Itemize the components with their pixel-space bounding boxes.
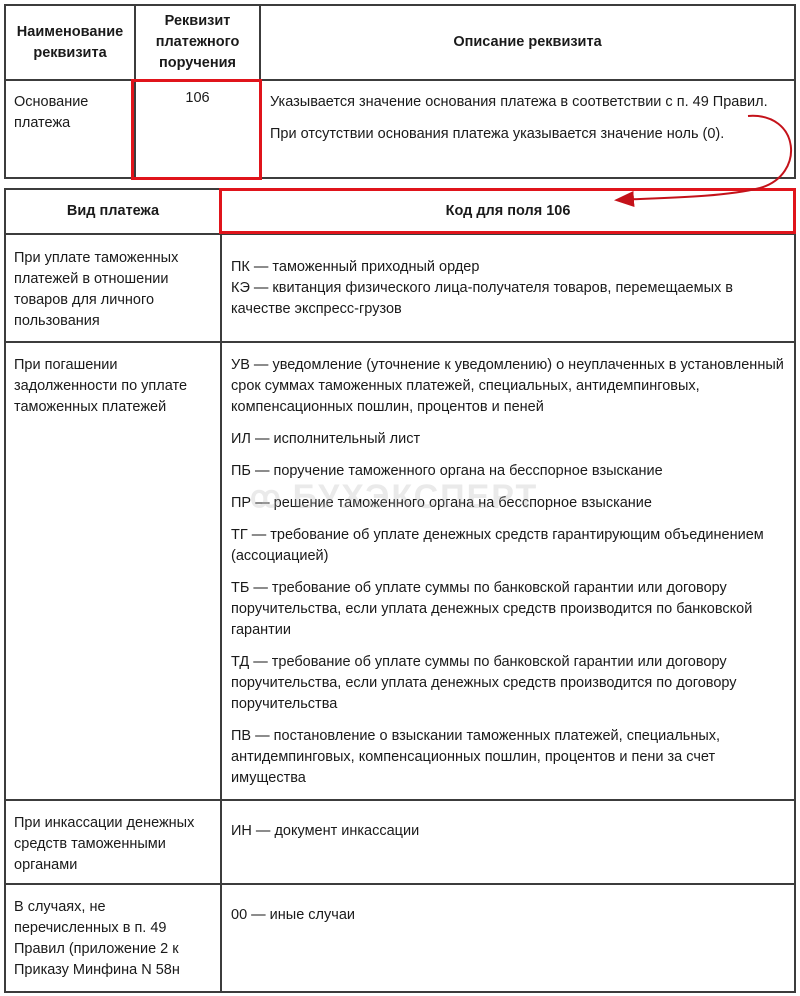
requisite-name: Основание платежа <box>14 92 124 134</box>
header-requisite-description: Описание реквизита <box>261 6 794 79</box>
header-code-106: Код для поля 106 <box>222 190 794 233</box>
codes-collection: ИН — документ инкассации <box>231 821 786 842</box>
code-item: ТД — требование об уплате суммы по банко… <box>231 652 786 715</box>
codes-table: Вид платежа Код для поля 106 При уплате … <box>4 188 796 993</box>
code-item: ПВ — постановление о взыскании таможенны… <box>231 726 786 789</box>
codes-other-cases: 00 — иные случаи <box>231 905 786 926</box>
header-requisite-name: Наименование реквизита <box>6 6 134 79</box>
code-item: КЭ — квитанция физического лица-получате… <box>231 278 786 320</box>
codes-personal-goods: ПК — таможенный приходный ордер КЭ — кви… <box>231 257 786 320</box>
requisite-field-number: 106 <box>136 88 259 109</box>
code-item: ТГ — требование об уплате денежных средс… <box>231 525 786 567</box>
payment-type-other-cases: В случаях, не перечисленных в п. 49 Прав… <box>14 897 214 981</box>
code-item: ПР — решение таможенного органа на бессп… <box>231 493 786 514</box>
header-payment-type: Вид платежа <box>6 190 220 233</box>
basis-table: Наименование реквизита Реквизит платежно… <box>4 4 796 179</box>
code-item: ТБ — требование об уплате суммы по банко… <box>231 578 786 641</box>
code-item: ИН — документ инкассации <box>231 821 786 842</box>
code-item: УВ — уведомление (уточнение к уведомлени… <box>231 355 786 418</box>
description-paragraph: Указывается значение основания платежа в… <box>270 92 785 113</box>
payment-type-personal-goods: При уплате таможенных платежей в отношен… <box>14 248 214 332</box>
description-paragraph: При отсутствии основания платежа указыва… <box>270 124 785 145</box>
code-item: ПК — таможенный приходный ордер <box>231 257 786 278</box>
code-item: ПБ — поручение таможенного органа на бес… <box>231 461 786 482</box>
code-item: 00 — иные случаи <box>231 905 786 926</box>
header-payment-order-field: Реквизит платежного поручения <box>136 6 259 79</box>
codes-debt-repayment: УВ — уведомление (уточнение к уведомлени… <box>231 355 786 789</box>
payment-type-debt-repayment: При погашении задолженности по уплате та… <box>14 355 214 418</box>
payment-type-collection: При инкассации денежных средств таможенн… <box>14 813 204 876</box>
code-item: ИЛ — исполнительный лист <box>231 429 786 450</box>
requisite-description: Указывается значение основания платежа в… <box>270 92 785 145</box>
